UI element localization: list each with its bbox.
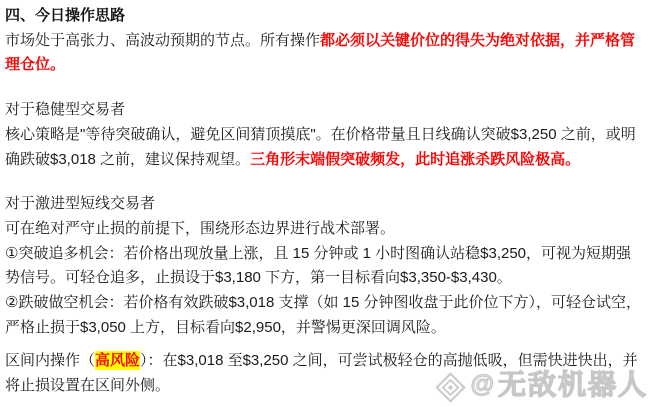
steady-trader-alert-text: 三角形末端假突破频发，此时追涨杀跌风险极高。 <box>250 151 580 168</box>
steady-trader-paragraph: 核心策略是"等待突破确认，避免区间猜顶摸底"。在价格带量且日线确认突破$3,25… <box>5 123 646 172</box>
market-overview-text: 市场处于高张力、高波动预期的节点。所有操作 <box>5 32 320 49</box>
page-title: 四、今日操作思路 <box>5 4 646 29</box>
steady-trader-heading: 对于稳健型交易者 <box>5 98 646 123</box>
aggressive-trader-intro: 可在绝对严守止损的前提下，围绕形态边界进行战术部署。 <box>5 217 646 242</box>
market-overview-paragraph: 市场处于高张力、高波动预期的节点。所有操作都必须以关键价位的得失为绝对依据，并严… <box>5 29 646 78</box>
range-trading-paragraph: 区间内操作（高风险）：在$3,018 至$3,250 之间，可尝试极轻仓的高抛低… <box>5 349 646 398</box>
trading-note-document: 四、今日操作思路 市场处于高张力、高波动预期的节点。所有操作都必须以关键价位的得… <box>0 0 650 407</box>
high-risk-highlight: 高风险 <box>95 351 140 370</box>
breakdown-short-item: ②跌破做空机会：若价格有效跌破$3,018 支撑（如 15 分钟图收盘于此价位下… <box>5 291 646 340</box>
range-trading-pre-text: 区间内操作（ <box>5 352 95 369</box>
breakout-long-item: ①突破追多机会：若价格出现放量上涨，且 15 分钟或 1 小时图确认站稳$3,2… <box>5 242 646 291</box>
aggressive-trader-heading: 对于激进型短线交易者 <box>5 192 646 217</box>
